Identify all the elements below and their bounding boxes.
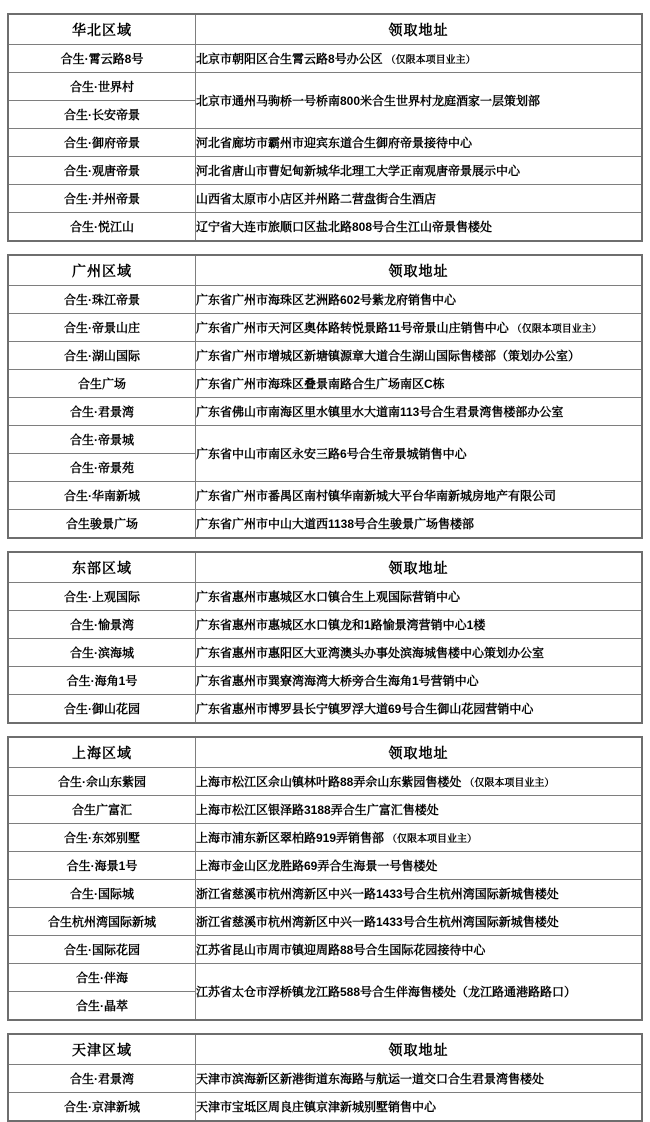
table-row: 合生·观唐帝景河北省唐山市曹妃甸新城华北理工大学正南观唐帝景展示中心 <box>8 157 642 185</box>
table-row: 合生骏景广场广东省广州市中山大道西1138号合生骏景广场售楼部 <box>8 510 642 539</box>
pickup-address-cell: 广东省广州市海珠区艺洲路602号紫龙府销售中心 <box>196 286 643 314</box>
table-row: 合生·国际城浙江省慈溪市杭州湾新区中兴一路1433号合生杭州湾国际新城售楼处 <box>8 880 642 908</box>
table-row: 合生·海景1号上海市金山区龙胜路69弄合生海景一号售楼处 <box>8 852 642 880</box>
region-table: 华北区域领取地址合生·霄云路8号北京市朝阳区合生霄云路8号办公区（仅限本项目业主… <box>7 13 643 242</box>
table-row: 合生·湖山国际广东省广州市增城区新塘镇源章大道合生湖山国际售楼部（策划办公室） <box>8 342 642 370</box>
project-name-cell: 合生·长安帝景 <box>8 101 196 129</box>
pickup-address-cell: 广东省惠州市巽寮湾海湾大桥旁合生海角1号营销中心 <box>196 667 643 695</box>
pickup-address-cell: 广东省广州市增城区新塘镇源章大道合生湖山国际售楼部（策划办公室） <box>196 342 643 370</box>
address-column-header: 领取地址 <box>196 255 643 286</box>
address-text: 广东省惠州市惠阳区大亚湾澳头办事处滨海城售楼中心策划办公室 <box>196 646 544 660</box>
header-row: 上海区域领取地址 <box>8 737 642 768</box>
project-name-cell: 合生·御府帝景 <box>8 129 196 157</box>
header-row: 广州区域领取地址 <box>8 255 642 286</box>
address-text: 山西省太原市小店区并州路二营盘街合生酒店 <box>196 192 436 206</box>
header-row: 东部区域领取地址 <box>8 552 642 583</box>
address-text: 江苏省昆山市周市镇迎周路88号合生国际花园接待中心 <box>196 943 485 957</box>
pickup-address-cell: 辽宁省大连市旅顺口区盐北路808号合生江山帝景售楼处 <box>196 213 643 242</box>
table-row: 合生·帝景山庄广东省广州市天河区奥体路转悦景路11号帝景山庄销售中心（仅限本项目… <box>8 314 642 342</box>
table-row: 合生·海角1号广东省惠州市巽寮湾海湾大桥旁合生海角1号营销中心 <box>8 667 642 695</box>
table-row: 合生·东郊别墅上海市浦东新区翠柏路919弄销售部（仅限本项目业主） <box>8 824 642 852</box>
pickup-address-document: 华北区域领取地址合生·霄云路8号北京市朝阳区合生霄云路8号办公区（仅限本项目业主… <box>0 0 650 1108</box>
pickup-address-cell: 江苏省太仓市浮桥镇龙江路588号合生伴海售楼处（龙江路通港路路口） <box>196 964 643 1021</box>
address-text: 北京市通州马驹桥一号桥南800米合生世界村龙庭酒家一层策划部 <box>196 94 540 108</box>
pickup-address-cell: 河北省廊坊市霸州市迎宾东道合生御府帝景接待中心 <box>196 129 643 157</box>
project-name-cell: 合生·珠江帝景 <box>8 286 196 314</box>
address-text: 河北省唐山市曹妃甸新城华北理工大学正南观唐帝景展示中心 <box>196 164 520 178</box>
address-text: 广东省佛山市南海区里水镇里水大道南113号合生君景湾售楼部办公室 <box>196 405 563 419</box>
project-name-cell: 合生·晶萃 <box>8 992 196 1021</box>
address-text: 上海市浦东新区翠柏路919弄销售部 <box>196 831 384 845</box>
address-text: 广东省广州市番禺区南村镇华南新城大平台华南新城房地产有限公司 <box>196 489 556 503</box>
address-text: 广东省惠州市巽寮湾海湾大桥旁合生海角1号营销中心 <box>196 674 479 688</box>
address-column-header: 领取地址 <box>196 14 643 45</box>
region-tables-container: 华北区域领取地址合生·霄云路8号北京市朝阳区合生霄云路8号办公区（仅限本项目业主… <box>7 13 643 1122</box>
address-text: 广东省广州市中山大道西1138号合生骏景广场售楼部 <box>196 517 474 531</box>
project-name-cell: 合生·世界村 <box>8 73 196 101</box>
table-row: 合生·并州帝景山西省太原市小店区并州路二营盘街合生酒店 <box>8 185 642 213</box>
project-name-cell: 合生·上观国际 <box>8 583 196 611</box>
address-note: （仅限本项目业主） <box>386 55 476 66</box>
header-row: 天津区域领取地址 <box>8 1034 642 1065</box>
address-text: 广东省惠州市惠城区水口镇龙和1路愉景湾营销中心1楼 <box>196 618 485 632</box>
pickup-address-cell: 广东省广州市番禺区南村镇华南新城大平台华南新城房地产有限公司 <box>196 482 643 510</box>
pickup-address-cell: 广东省广州市天河区奥体路转悦景路11号帝景山庄销售中心（仅限本项目业主） <box>196 314 643 342</box>
project-name-cell: 合生·悦江山 <box>8 213 196 242</box>
address-note: （仅限本项目业主） <box>387 834 477 845</box>
table-row: 合生·世界村北京市通州马驹桥一号桥南800米合生世界村龙庭酒家一层策划部 <box>8 73 642 101</box>
region-table: 上海区域领取地址合生·佘山东紫园上海市松江区佘山镇林叶路88弄佘山东紫园售楼处（… <box>7 736 643 1021</box>
project-name-cell: 合生·并州帝景 <box>8 185 196 213</box>
table-row: 合生·御山花园广东省惠州市博罗县长宁镇罗浮大道69号合生御山花园营销中心 <box>8 695 642 724</box>
table-row: 合生·滨海城广东省惠州市惠阳区大亚湾澳头办事处滨海城售楼中心策划办公室 <box>8 639 642 667</box>
table-row: 合生·京津新城天津市宝坻区周良庄镇京津新城别墅销售中心 <box>8 1093 642 1122</box>
address-text: 广东省广州市增城区新塘镇源章大道合生湖山国际售楼部（策划办公室） <box>196 349 580 363</box>
table-row: 合生·御府帝景河北省廊坊市霸州市迎宾东道合生御府帝景接待中心 <box>8 129 642 157</box>
address-text: 上海市松江区佘山镇林叶路88弄佘山东紫园售楼处 <box>196 775 461 789</box>
table-row: 合生·君景湾天津市滨海新区新港街道东海路与航运一道交口合生君景湾售楼处 <box>8 1065 642 1093</box>
table-row: 合生·君景湾广东省佛山市南海区里水镇里水大道南113号合生君景湾售楼部办公室 <box>8 398 642 426</box>
address-text: 天津市滨海新区新港街道东海路与航运一道交口合生君景湾售楼处 <box>196 1072 544 1086</box>
pickup-address-cell: 上海市松江区银泽路3188弄合生广富汇售楼处 <box>196 796 643 824</box>
project-name-cell: 合生·国际花园 <box>8 936 196 964</box>
table-row: 合生·佘山东紫园上海市松江区佘山镇林叶路88弄佘山东紫园售楼处（仅限本项目业主） <box>8 768 642 796</box>
project-name-cell: 合生·国际城 <box>8 880 196 908</box>
address-text: 河北省廊坊市霸州市迎宾东道合生御府帝景接待中心 <box>196 136 472 150</box>
pickup-address-cell: 广东省惠州市惠城区水口镇龙和1路愉景湾营销中心1楼 <box>196 611 643 639</box>
region-name-header: 上海区域 <box>8 737 196 768</box>
table-row: 合生广富汇上海市松江区银泽路3188弄合生广富汇售楼处 <box>8 796 642 824</box>
region-name-header: 广州区域 <box>8 255 196 286</box>
project-name-cell: 合生·帝景城 <box>8 426 196 454</box>
address-text: 江苏省太仓市浮桥镇龙江路588号合生伴海售楼处（龙江路通港路路口） <box>196 985 576 999</box>
project-name-cell: 合生·君景湾 <box>8 1065 196 1093</box>
table-row: 合生·伴海江苏省太仓市浮桥镇龙江路588号合生伴海售楼处（龙江路通港路路口） <box>8 964 642 992</box>
project-name-cell: 合生·京津新城 <box>8 1093 196 1122</box>
address-text: 北京市朝阳区合生霄云路8号办公区 <box>196 52 383 66</box>
address-text: 浙江省慈溪市杭州湾新区中兴一路1433号合生杭州湾国际新城售楼处 <box>196 887 559 901</box>
pickup-address-cell: 天津市宝坻区周良庄镇京津新城别墅销售中心 <box>196 1093 643 1122</box>
table-row: 合生杭州湾国际新城浙江省慈溪市杭州湾新区中兴一路1433号合生杭州湾国际新城售楼… <box>8 908 642 936</box>
pickup-address-cell: 广东省惠州市惠阳区大亚湾澳头办事处滨海城售楼中心策划办公室 <box>196 639 643 667</box>
project-name-cell: 合生·霄云路8号 <box>8 45 196 73</box>
project-name-cell: 合生·愉景湾 <box>8 611 196 639</box>
project-name-cell: 合生·伴海 <box>8 964 196 992</box>
address-text: 上海市松江区银泽路3188弄合生广富汇售楼处 <box>196 803 439 817</box>
region-name-header: 华北区域 <box>8 14 196 45</box>
project-name-cell: 合生·湖山国际 <box>8 342 196 370</box>
address-text: 广东省中山市南区永安三路6号合生帝景城销售中心 <box>196 447 467 461</box>
table-row: 合生·霄云路8号北京市朝阳区合生霄云路8号办公区（仅限本项目业主） <box>8 45 642 73</box>
address-column-header: 领取地址 <box>196 737 643 768</box>
pickup-address-cell: 广东省佛山市南海区里水镇里水大道南113号合生君景湾售楼部办公室 <box>196 398 643 426</box>
project-name-cell: 合生·观唐帝景 <box>8 157 196 185</box>
pickup-address-cell: 河北省唐山市曹妃甸新城华北理工大学正南观唐帝景展示中心 <box>196 157 643 185</box>
project-name-cell: 合生·海角1号 <box>8 667 196 695</box>
pickup-address-cell: 广东省广州市海珠区叠景南路合生广场南区C栋 <box>196 370 643 398</box>
address-column-header: 领取地址 <box>196 552 643 583</box>
table-row: 合生广场广东省广州市海珠区叠景南路合生广场南区C栋 <box>8 370 642 398</box>
project-name-cell: 合生广场 <box>8 370 196 398</box>
table-row: 合生·国际花园江苏省昆山市周市镇迎周路88号合生国际花园接待中心 <box>8 936 642 964</box>
region-table: 广州区域领取地址合生·珠江帝景广东省广州市海珠区艺洲路602号紫龙府销售中心合生… <box>7 254 643 539</box>
pickup-address-cell: 上海市浦东新区翠柏路919弄销售部（仅限本项目业主） <box>196 824 643 852</box>
pickup-address-cell: 广东省惠州市惠城区水口镇合生上观国际营销中心 <box>196 583 643 611</box>
table-row: 合生·悦江山辽宁省大连市旅顺口区盐北路808号合生江山帝景售楼处 <box>8 213 642 242</box>
pickup-address-cell: 江苏省昆山市周市镇迎周路88号合生国际花园接待中心 <box>196 936 643 964</box>
region-name-header: 东部区域 <box>8 552 196 583</box>
table-row: 合生·上观国际广东省惠州市惠城区水口镇合生上观国际营销中心 <box>8 583 642 611</box>
pickup-address-cell: 天津市滨海新区新港街道东海路与航运一道交口合生君景湾售楼处 <box>196 1065 643 1093</box>
address-text: 广东省广州市海珠区叠景南路合生广场南区C栋 <box>196 377 445 391</box>
region-name-header: 天津区域 <box>8 1034 196 1065</box>
address-text: 广东省惠州市惠城区水口镇合生上观国际营销中心 <box>196 590 460 604</box>
project-name-cell: 合生·东郊别墅 <box>8 824 196 852</box>
pickup-address-cell: 浙江省慈溪市杭州湾新区中兴一路1433号合生杭州湾国际新城售楼处 <box>196 908 643 936</box>
table-row: 合生·华南新城广东省广州市番禺区南村镇华南新城大平台华南新城房地产有限公司 <box>8 482 642 510</box>
pickup-address-cell: 浙江省慈溪市杭州湾新区中兴一路1433号合生杭州湾国际新城售楼处 <box>196 880 643 908</box>
table-row: 合生·珠江帝景广东省广州市海珠区艺洲路602号紫龙府销售中心 <box>8 286 642 314</box>
pickup-address-cell: 广东省惠州市博罗县长宁镇罗浮大道69号合生御山花园营销中心 <box>196 695 643 724</box>
project-name-cell: 合生·帝景苑 <box>8 454 196 482</box>
pickup-address-cell: 上海市松江区佘山镇林叶路88弄佘山东紫园售楼处（仅限本项目业主） <box>196 768 643 796</box>
region-table: 东部区域领取地址合生·上观国际广东省惠州市惠城区水口镇合生上观国际营销中心合生·… <box>7 551 643 724</box>
address-text: 辽宁省大连市旅顺口区盐北路808号合生江山帝景售楼处 <box>196 220 492 234</box>
project-name-cell: 合生·佘山东紫园 <box>8 768 196 796</box>
table-row: 合生·帝景城广东省中山市南区永安三路6号合生帝景城销售中心 <box>8 426 642 454</box>
project-name-cell: 合生·滨海城 <box>8 639 196 667</box>
pickup-address-cell: 北京市通州马驹桥一号桥南800米合生世界村龙庭酒家一层策划部 <box>196 73 643 129</box>
pickup-address-cell: 北京市朝阳区合生霄云路8号办公区（仅限本项目业主） <box>196 45 643 73</box>
region-table: 天津区域领取地址合生·君景湾天津市滨海新区新港街道东海路与航运一道交口合生君景湾… <box>7 1033 643 1122</box>
table-row: 合生·愉景湾广东省惠州市惠城区水口镇龙和1路愉景湾营销中心1楼 <box>8 611 642 639</box>
project-name-cell: 合生·华南新城 <box>8 482 196 510</box>
pickup-address-cell: 山西省太原市小店区并州路二营盘街合生酒店 <box>196 185 643 213</box>
address-text: 天津市宝坻区周良庄镇京津新城别墅销售中心 <box>196 1100 436 1114</box>
project-name-cell: 合生·君景湾 <box>8 398 196 426</box>
project-name-cell: 合生广富汇 <box>8 796 196 824</box>
pickup-address-cell: 广东省广州市中山大道西1138号合生骏景广场售楼部 <box>196 510 643 539</box>
header-row: 华北区域领取地址 <box>8 14 642 45</box>
address-text: 广东省惠州市博罗县长宁镇罗浮大道69号合生御山花园营销中心 <box>196 702 533 716</box>
pickup-address-cell: 上海市金山区龙胜路69弄合生海景一号售楼处 <box>196 852 643 880</box>
project-name-cell: 合生杭州湾国际新城 <box>8 908 196 936</box>
project-name-cell: 合生·帝景山庄 <box>8 314 196 342</box>
address-column-header: 领取地址 <box>196 1034 643 1065</box>
address-text: 广东省广州市海珠区艺洲路602号紫龙府销售中心 <box>196 293 456 307</box>
address-text: 浙江省慈溪市杭州湾新区中兴一路1433号合生杭州湾国际新城售楼处 <box>196 915 559 929</box>
address-note: （仅限本项目业主） <box>464 778 554 789</box>
project-name-cell: 合生骏景广场 <box>8 510 196 539</box>
project-name-cell: 合生·御山花园 <box>8 695 196 724</box>
address-note: （仅限本项目业主） <box>512 324 602 335</box>
pickup-address-cell: 广东省中山市南区永安三路6号合生帝景城销售中心 <box>196 426 643 482</box>
project-name-cell: 合生·海景1号 <box>8 852 196 880</box>
address-text: 上海市金山区龙胜路69弄合生海景一号售楼处 <box>196 859 437 873</box>
address-text: 广东省广州市天河区奥体路转悦景路11号帝景山庄销售中心 <box>196 321 509 335</box>
